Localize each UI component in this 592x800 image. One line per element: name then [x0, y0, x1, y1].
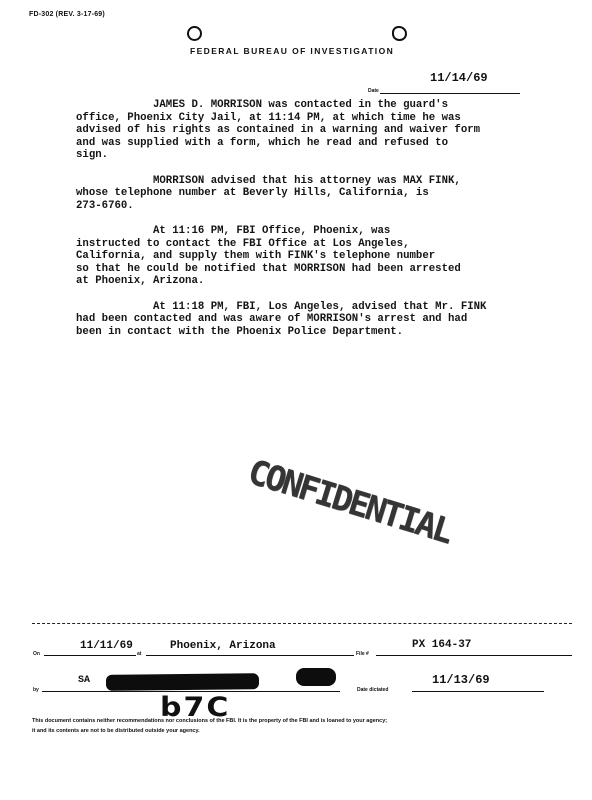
form-number: FD-302 (REV. 3-17-69)	[29, 11, 105, 18]
redacted-agent-initials	[296, 668, 336, 686]
file-label: File #	[356, 651, 369, 657]
file-line	[376, 655, 572, 656]
on-date-line	[44, 655, 136, 656]
at-label: at	[137, 651, 141, 657]
on-label: On	[33, 651, 40, 657]
disclaimer-line-2: it and its contents are not to be distri…	[32, 726, 552, 736]
location-line	[146, 655, 354, 656]
report-date: 11/14/69	[430, 71, 488, 85]
agency-title: FEDERAL BUREAU OF INVESTIGATION	[190, 46, 394, 56]
disclaimer-line-1: This document contains neither recommend…	[32, 716, 552, 726]
interview-location: Phoenix, Arizona	[170, 640, 276, 652]
confidential-stamp: CONFIDENTIAL	[243, 452, 455, 552]
file-number: PX 164-37	[412, 639, 471, 651]
disclaimer: This document contains neither recommend…	[32, 716, 552, 736]
paragraph-los-angeles: At 11:18 PM, FBI, Los Angeles, advised t…	[76, 301, 546, 339]
by-label: by	[33, 687, 39, 693]
date-underline	[380, 93, 520, 94]
date-dictated-line	[412, 691, 544, 692]
agent-prefix: SA	[78, 675, 90, 686]
punch-hole-right	[392, 26, 407, 41]
date-dictated-label: Date dictated	[357, 687, 388, 693]
report-body: JAMES D. MORRISON was contacted in the g…	[76, 99, 546, 351]
paragraph-contact: JAMES D. MORRISON was contacted in the g…	[76, 99, 546, 162]
punch-hole-left	[187, 26, 202, 41]
date-dictated: 11/13/69	[432, 673, 490, 687]
interview-date: 11/11/69	[80, 640, 133, 652]
date-label: Date	[368, 88, 379, 94]
paragraph-attorney: MORRISON advised that his attorney was M…	[76, 175, 546, 213]
redacted-agent-name	[106, 673, 259, 691]
footer-divider	[32, 623, 572, 624]
paragraph-phoenix-office: At 11:16 PM, FBI Office, Phoenix, was in…	[76, 225, 546, 288]
